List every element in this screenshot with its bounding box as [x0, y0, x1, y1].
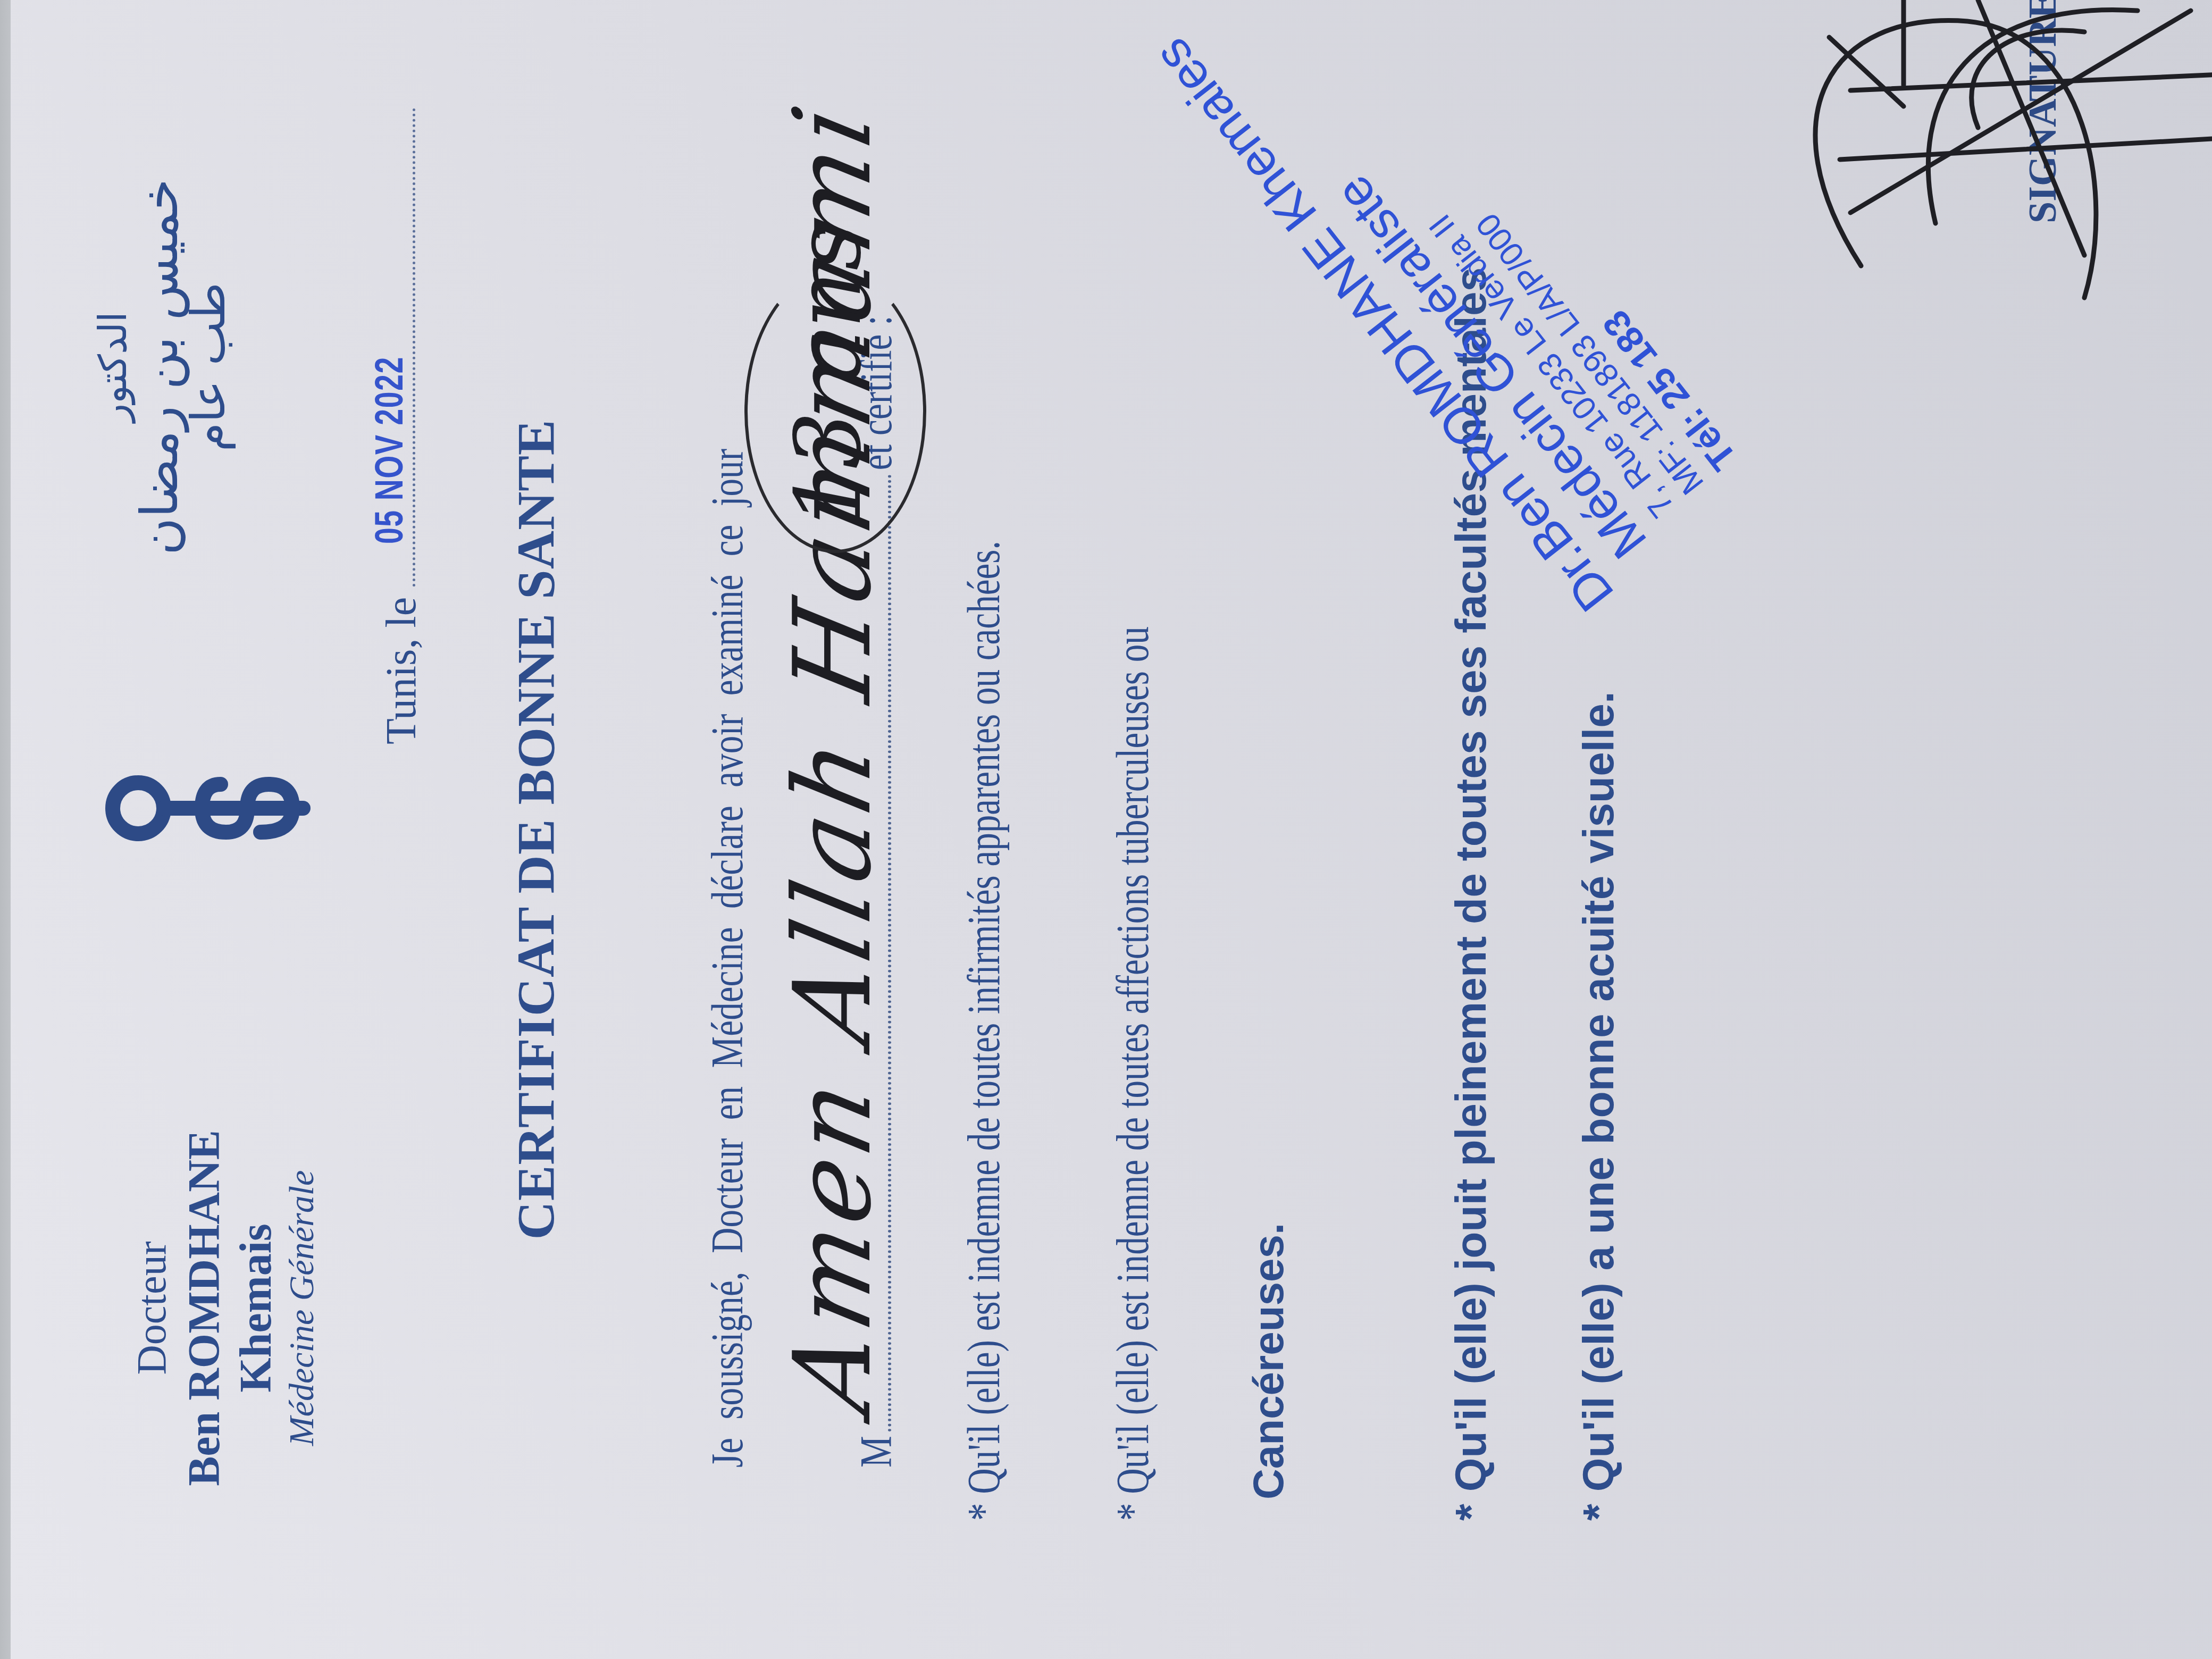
doctor-name: Ben ROMDHANE Khemais: [179, 1042, 282, 1574]
date-line: Tunis, le 05 NOV 2022: [378, 108, 426, 744]
clause-tuberculosis: * Qu'il (elle) est indemne de toutes aff…: [1106, 626, 1159, 1521]
doctor-header: Docteur Ben ROMDHANE Khemais Médecine Gé…: [128, 1042, 322, 1574]
handwritten-patient-age: 13 ans: [776, 224, 882, 526]
date-prefix: Tunis, le: [378, 597, 425, 744]
date-field: 05 NOV 2022: [413, 108, 415, 586]
arabic-title: الدكتور: [90, 128, 135, 606]
patient-prefix: M: [852, 1436, 901, 1468]
date-stamp-value: 05 NOV 2022: [366, 356, 412, 544]
medical-certificate-page: Docteur Ben ROMDHANE Khemais Médecine Gé…: [11, 0, 2212, 1659]
doctor-title: Docteur: [128, 1042, 175, 1574]
clause-visual-acuity: * Qu'il (elle) a une bonne acuité visuel…: [1574, 691, 1624, 1521]
signature-label: SIGNATURE: [2021, 0, 2066, 223]
arabic-header: الدكتور خميس بن رمضان طب عام: [90, 128, 236, 606]
doctor-specialty: Médecine Générale: [282, 1042, 322, 1574]
clause-infirmities: * Qu'il (elle) est indemne de toutes inf…: [957, 541, 1010, 1521]
medical-caduceus-icon: [101, 755, 314, 861]
doctor-stamp: Dr.Ben ROMDHANE Khemaies Médecin Général…: [1186, 0, 1956, 622]
clause-cancer-continuation: Cancéreuses.: [1244, 1223, 1293, 1499]
certificate-title: CERTIFICAT DE BONNE SANTE: [505, 0, 566, 1659]
intro-line: Je soussigné, Docteur en Médecine déclar…: [702, 449, 753, 1468]
